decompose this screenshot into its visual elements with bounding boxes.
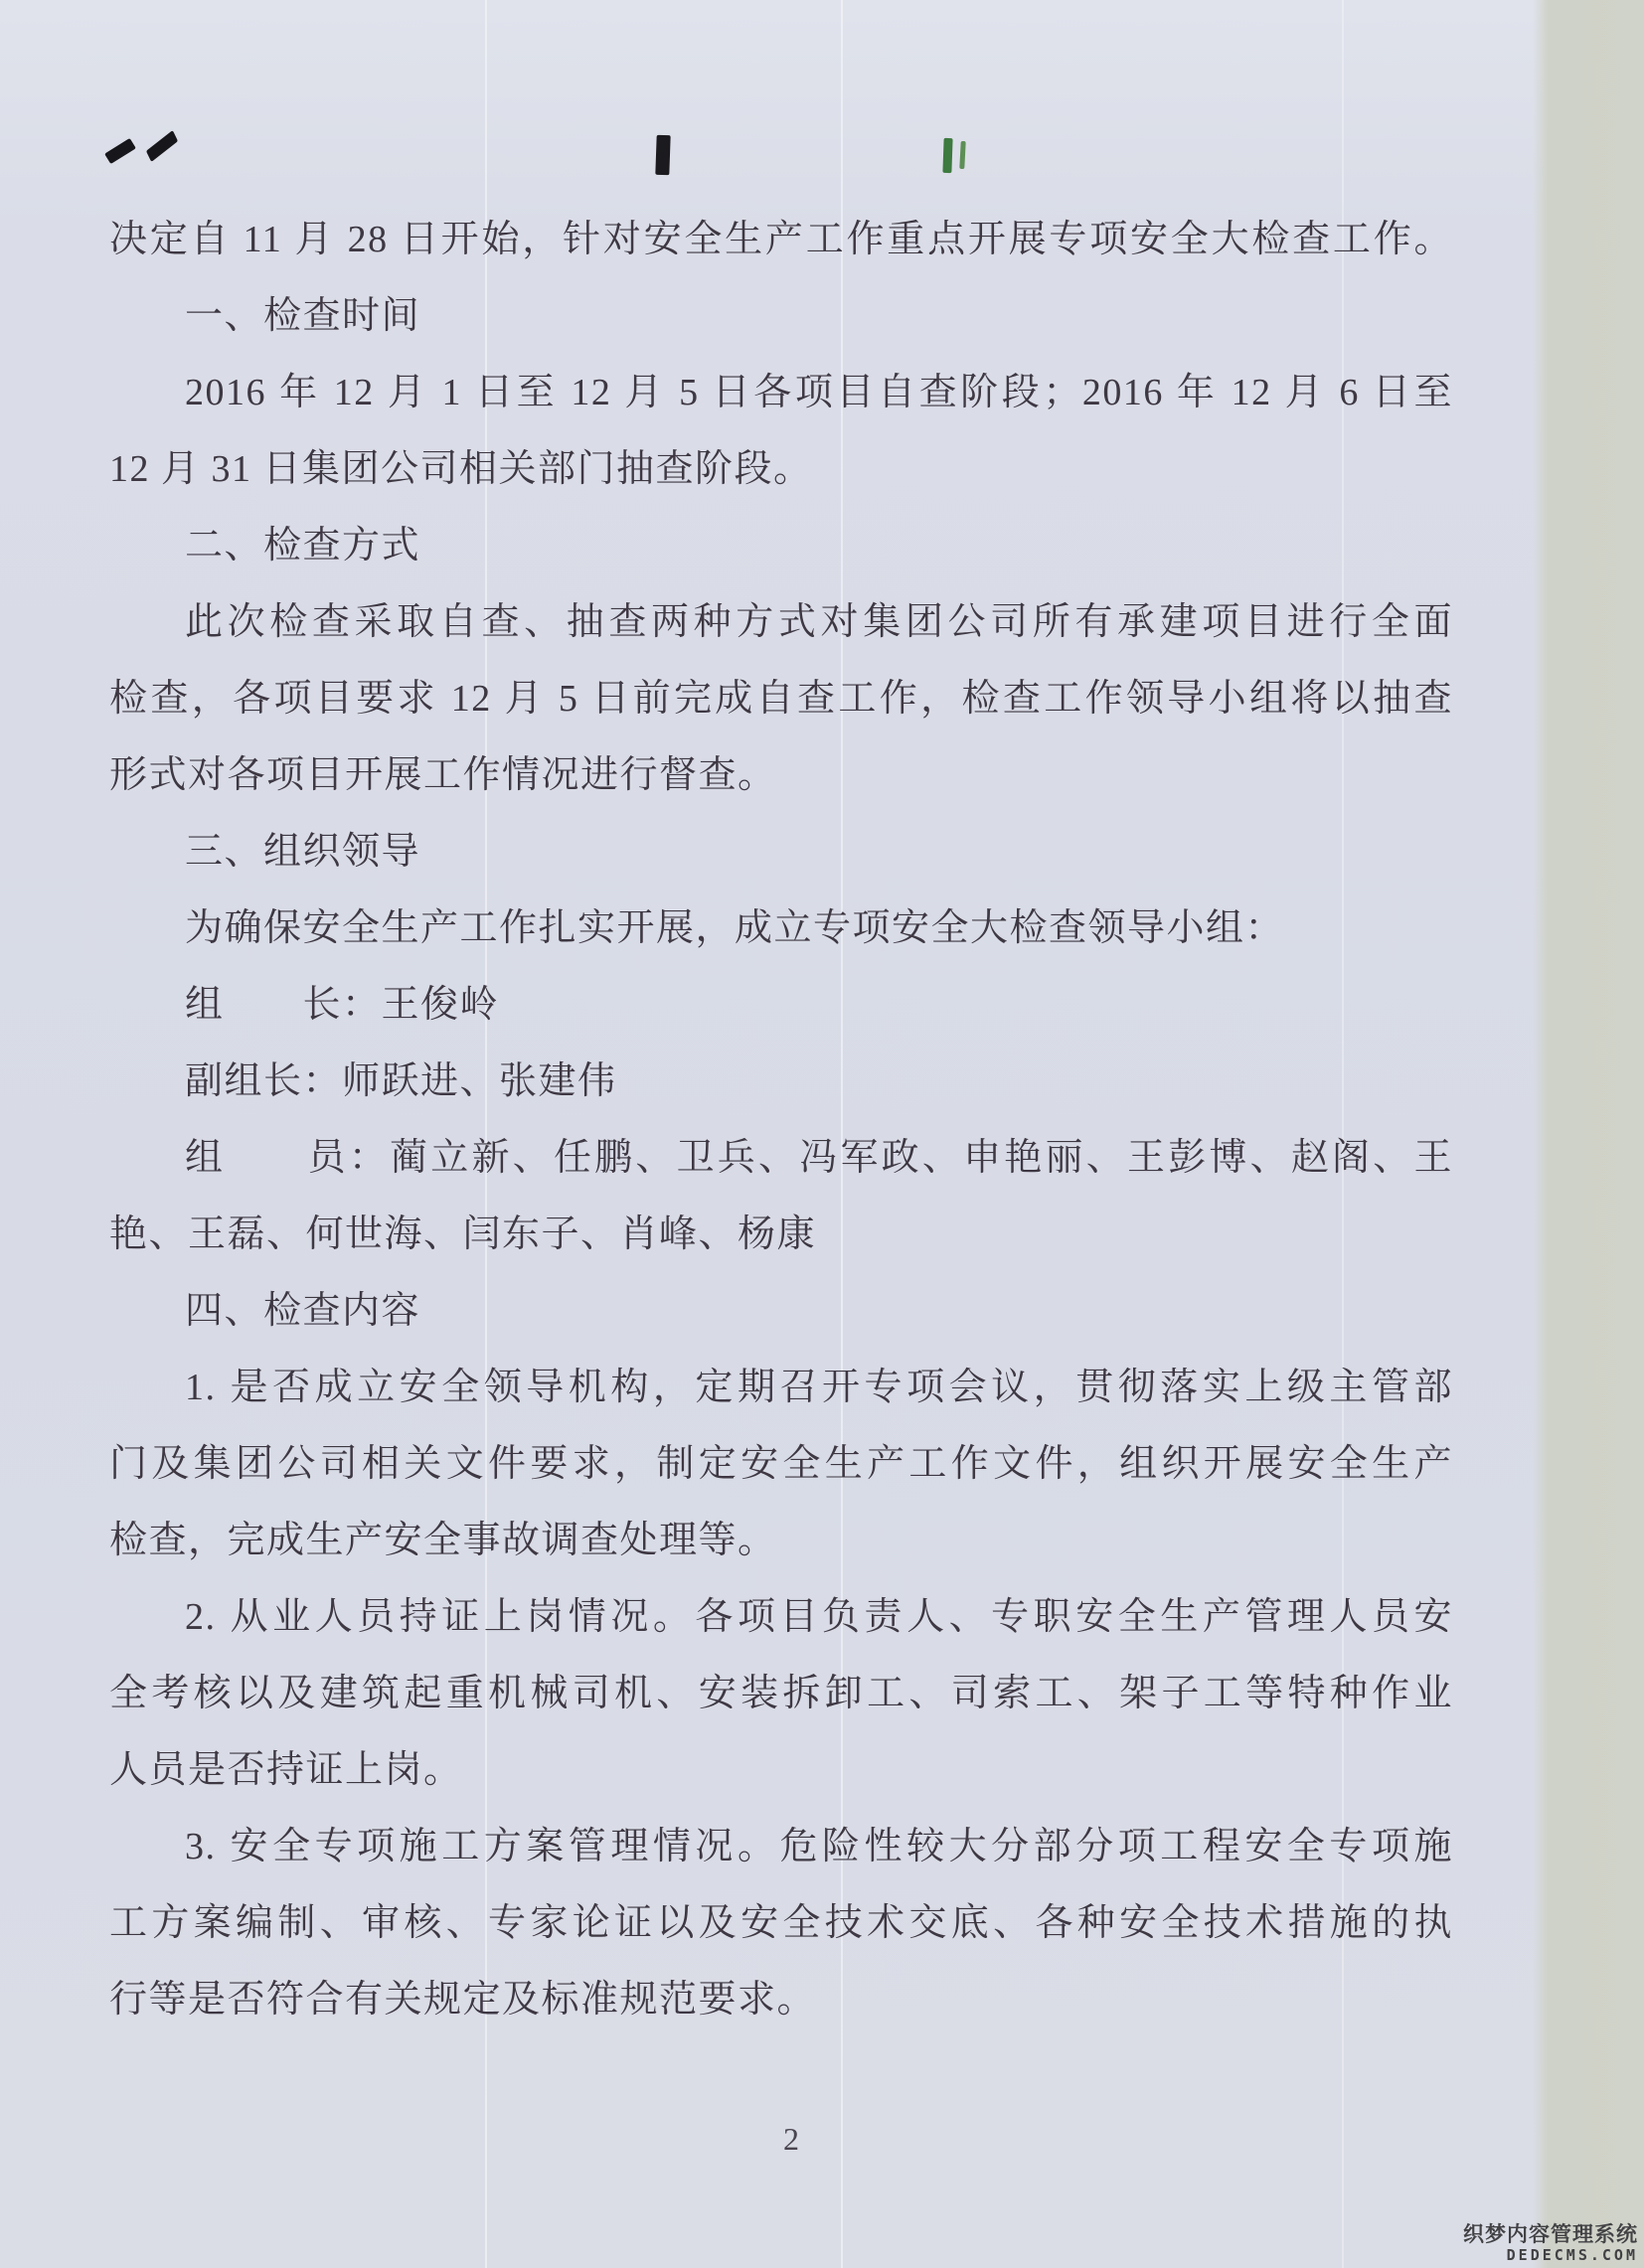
doc-line-leader: 组 长：王俊岭 — [109, 967, 1453, 1044]
doc-line: 检查，各项目要求 12 月 5 日前完成自查工作，检查工作领导小组将以抽查 — [109, 661, 1453, 737]
scan-artifact-bar — [655, 135, 670, 175]
doc-line: 1. 是否成立安全领导机构，定期召开专项会议，贯彻落实上级主管部 — [109, 1350, 1453, 1426]
scanned-document-page: 决定自 11 月 28 日开始，针对安全生产工作重点开展专项安全大检查工作。 一… — [0, 0, 1644, 2268]
scanner-background-strip — [1533, 0, 1644, 2268]
doc-line: 门及集团公司相关文件要求，制定安全生产工作文件，组织开展安全生产 — [109, 1426, 1453, 1503]
scan-artifact-green-stripe — [942, 138, 952, 173]
watermark: 织梦内容管理系统 DEDECMS.COM — [1463, 2223, 1638, 2264]
doc-line: 2. 从业人员持证上岗情况。各项目负责人、专职安全生产管理人员安 — [109, 1579, 1453, 1656]
page-number: 2 — [761, 2121, 821, 2158]
doc-line: 全考核以及建筑起重机械司机、安装拆卸工、司索工、架子工等特种作业 — [109, 1656, 1453, 1732]
doc-line: 决定自 11 月 28 日开始，针对安全生产工作重点开展专项安全大检查工作。 — [109, 202, 1453, 278]
doc-line-members: 艳、王磊、何世海、闫东子、肖峰、杨康 — [109, 1197, 1453, 1273]
doc-heading-3: 三、组织领导 — [109, 814, 1453, 891]
doc-heading-4: 四、检查内容 — [109, 1273, 1453, 1350]
doc-line-deputy-leaders: 副组长：师跃进、张建伟 — [109, 1044, 1453, 1120]
doc-heading-1: 一、检查时间 — [109, 278, 1453, 355]
doc-line: 12 月 31 日集团公司相关部门抽查阶段。 — [109, 431, 1453, 508]
doc-line: 为确保安全生产工作扎实开展，成立专项安全大检查领导小组： — [109, 891, 1453, 967]
doc-line: 人员是否持证上岗。 — [109, 1732, 1453, 1809]
doc-line: 3. 安全专项施工方案管理情况。危险性较大分部分项工程安全专项施 — [109, 1809, 1453, 1885]
doc-line-members: 组 员：蔺立新、任鹏、卫兵、冯军政、申艳丽、王彭博、赵阁、王 — [109, 1120, 1453, 1197]
scan-artifact-green-stripe — [959, 141, 965, 169]
scan-artifact-mark — [104, 138, 136, 164]
doc-heading-2: 二、检查方式 — [109, 508, 1453, 584]
scan-artifact-mark — [146, 130, 178, 162]
watermark-chinese: 织梦内容管理系统 — [1463, 2223, 1638, 2246]
doc-line: 形式对各项目开展工作情况进行督查。 — [109, 737, 1453, 814]
doc-line: 此次检查采取自查、抽查两种方式对集团公司所有承建项目进行全面 — [109, 584, 1453, 661]
document-text-block: 决定自 11 月 28 日开始，针对安全生产工作重点开展专项安全大检查工作。 一… — [109, 202, 1453, 2038]
doc-line: 检查，完成生产安全事故调查处理等。 — [109, 1503, 1453, 1579]
doc-line: 2016 年 12 月 1 日至 12 月 5 日各项目自查阶段；2016 年 … — [109, 355, 1453, 431]
watermark-domain: DEDECMS.COM — [1463, 2246, 1638, 2264]
doc-line: 工方案编制、审核、专家论证以及安全技术交底、各种安全技术措施的执 — [109, 1885, 1453, 1962]
doc-line: 行等是否符合有关规定及标准规范要求。 — [109, 1962, 1453, 2038]
